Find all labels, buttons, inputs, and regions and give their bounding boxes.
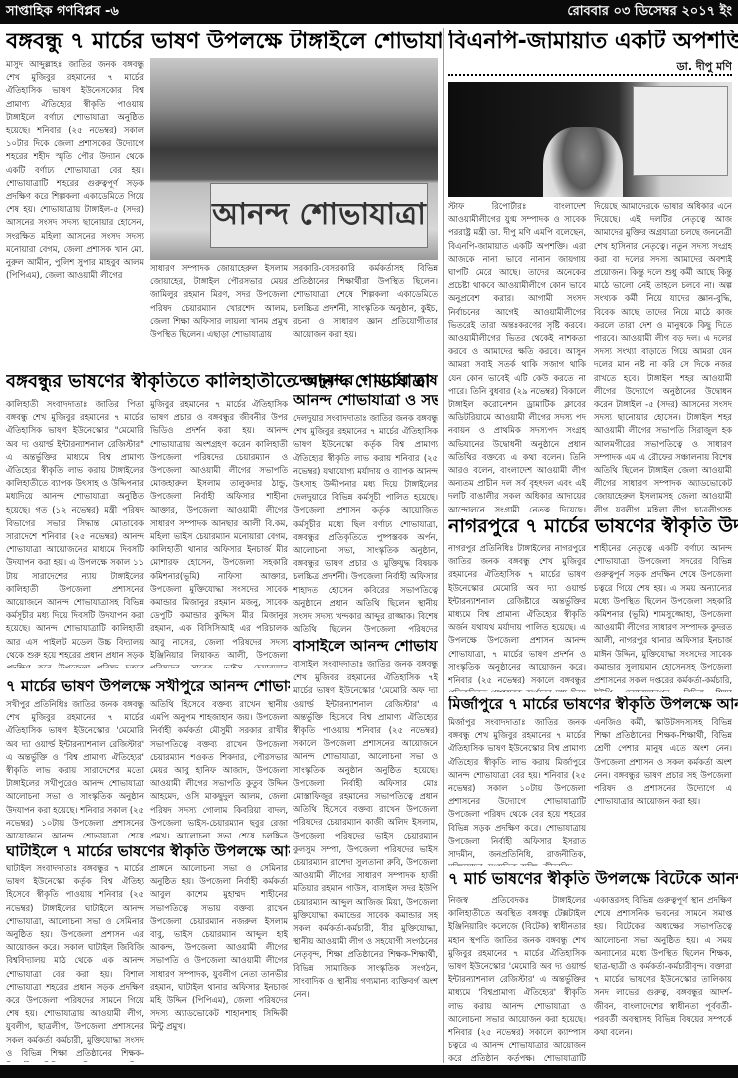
bnp-byline: ডা. দীপু মণি (448, 58, 732, 76)
delduar-body: দেলদুয়ার সংবাদদাতাঃ জাতির জনক বঙ্গবন্ধু… (293, 412, 438, 634)
rally-banner: আনন্দ শোভাযাত্রা (210, 183, 428, 248)
kalihati-body-col2: মুজিবুর রহমানের ৭ মার্চের ঐতিহাসিক ভাষণ … (150, 398, 288, 668)
stage-poster (633, 86, 728, 176)
mirzapur-body-col1: মির্জাপুর সংবাদদাতাঃ জাতির জনক বঙ্গবন্ধু… (448, 716, 586, 866)
column-divider (443, 28, 444, 1063)
nagarpur-body-col2: শাহীনের নেতৃত্বে একটি বর্ণাঢ্য আনন্দ শোভ… (594, 542, 732, 692)
sakhipur-body-col2: অতিথি হিসেবে বক্তব্য রাখেন স্থানীয় এমপি… (150, 698, 288, 838)
speech-photo (448, 82, 732, 197)
nagarpur-headline: নাগরপুরে ৭ মার্চের ভাষণের স্বীকৃতি উদযাপ… (448, 516, 738, 537)
publication-name: সাপ্তাহিক গণবিপ্লব -৬ (6, 2, 119, 23)
basail-body: বাসাইল সংবাদদাতাঃ জাতির জনক বঙ্গবন্ধু শে… (293, 658, 438, 1063)
bnp-body-col1: স্টাফ রিপোর্টারঃ বাংলাদেশ আওয়ামীলীগের য… (448, 200, 586, 512)
ghatail-body-col1: ঘাটাইল সংবাদদাতাঃ বঙ্গবন্ধুর ৭ মার্চের ভ… (6, 862, 144, 1062)
nagarpur-body-col1: নাগরপুর প্রতিনিধিঃ টাঙ্গাইলের নাগরপুরে জ… (448, 542, 586, 692)
bitek-headline: ৭ মার্চ ভাষণের স্বীকৃতি উপলক্ষে বিটেকে আ… (448, 870, 738, 888)
tangail-body-col1: মাসুদ আব্দুল্লাহঃ জাতির জনক বঙ্গবন্ধু শে… (6, 58, 144, 396)
rally-photo: আনন্দ শোভাযাত্রা (150, 58, 438, 260)
mirzapur-headline: মির্জাপুরে ৭ মার্চের ভাষণের স্বীকৃতি উপল… (448, 696, 738, 713)
delduar-headline-line2: আনন্দ শোভাযাত্রা ও সভা (293, 392, 438, 409)
bnp-body-col2: দিয়েছে আমাদেরকে ভাষার অধিকার এনে দিয়েছ… (594, 200, 732, 512)
bitek-body-col2: একাত্তরসহ বিভিন্ন গুরুত্বপূর্ণ স্থান প্র… (594, 894, 732, 1062)
tangail-headline: বঙ্গবন্ধু ৭ মার্চের ভাষণ উপলক্ষে টাঙ্গাই… (6, 30, 442, 54)
tangail-body-col3: সরকারি-বেসরকারি কর্মকর্তাসহ বিভিন্ন প্রত… (293, 262, 438, 372)
speaker-figure (543, 127, 623, 197)
ghatail-body-col2: প্রাঙ্গনে আলোচনা সভা ও সেমিনার অনুষ্ঠিত … (150, 862, 288, 1062)
sakhipur-body-col1: সখীপুর প্রতিনিধিঃ জাতির জনক বঙ্গবন্ধু শে… (6, 698, 144, 838)
bnp-headline: বিএনপি-জামায়াত একটি অপশক্তি (448, 30, 738, 54)
masthead-bar: সাপ্তাহিক গণবিপ্লব -৬ রোববার ০৩ ডিসেম্বর… (0, 0, 738, 24)
sakhipur-headline: ৭ মার্চের ভাষণ উপলক্ষে সখীপুরে আনন্দ শোভ… (6, 678, 290, 695)
bitek-body-col1: নিজস্ব প্রতিবেদকঃ টাঙ্গাইলের কালিহাতীতে … (448, 894, 586, 1062)
mirzapur-body-col2: এনজিও কর্মী, স্কাউটসদস্যসহ বিভিন্ন শিক্ষ… (594, 716, 732, 866)
kalihati-body-col1: কালিহাতী সংবাদদাতাঃ জাতির পিতা বঙ্গবন্ধু… (6, 398, 144, 668)
delduar-headline-line1: দেলদুয়ারে ৭ মার্চের ভাষণ উপলক্ষে (293, 372, 438, 389)
ghatail-headline: ঘাটাইলে ৭ মার্চের ভাষণের স্বীকৃতি উপলক্ষ… (6, 843, 290, 860)
tangail-body-col2: সাধারণ সম্পাদক জোয়াহেরুল ইসলাম জোয়াহের… (150, 262, 288, 367)
footer-bar (0, 1065, 738, 1078)
issue-date: রোববার ০৩ ডিসেম্বর ২০১৭ ইং (567, 2, 732, 23)
basail-headline: বাসাইলে আনন্দ শোভাযাত্রা অনুষ্ঠিত (293, 638, 438, 655)
